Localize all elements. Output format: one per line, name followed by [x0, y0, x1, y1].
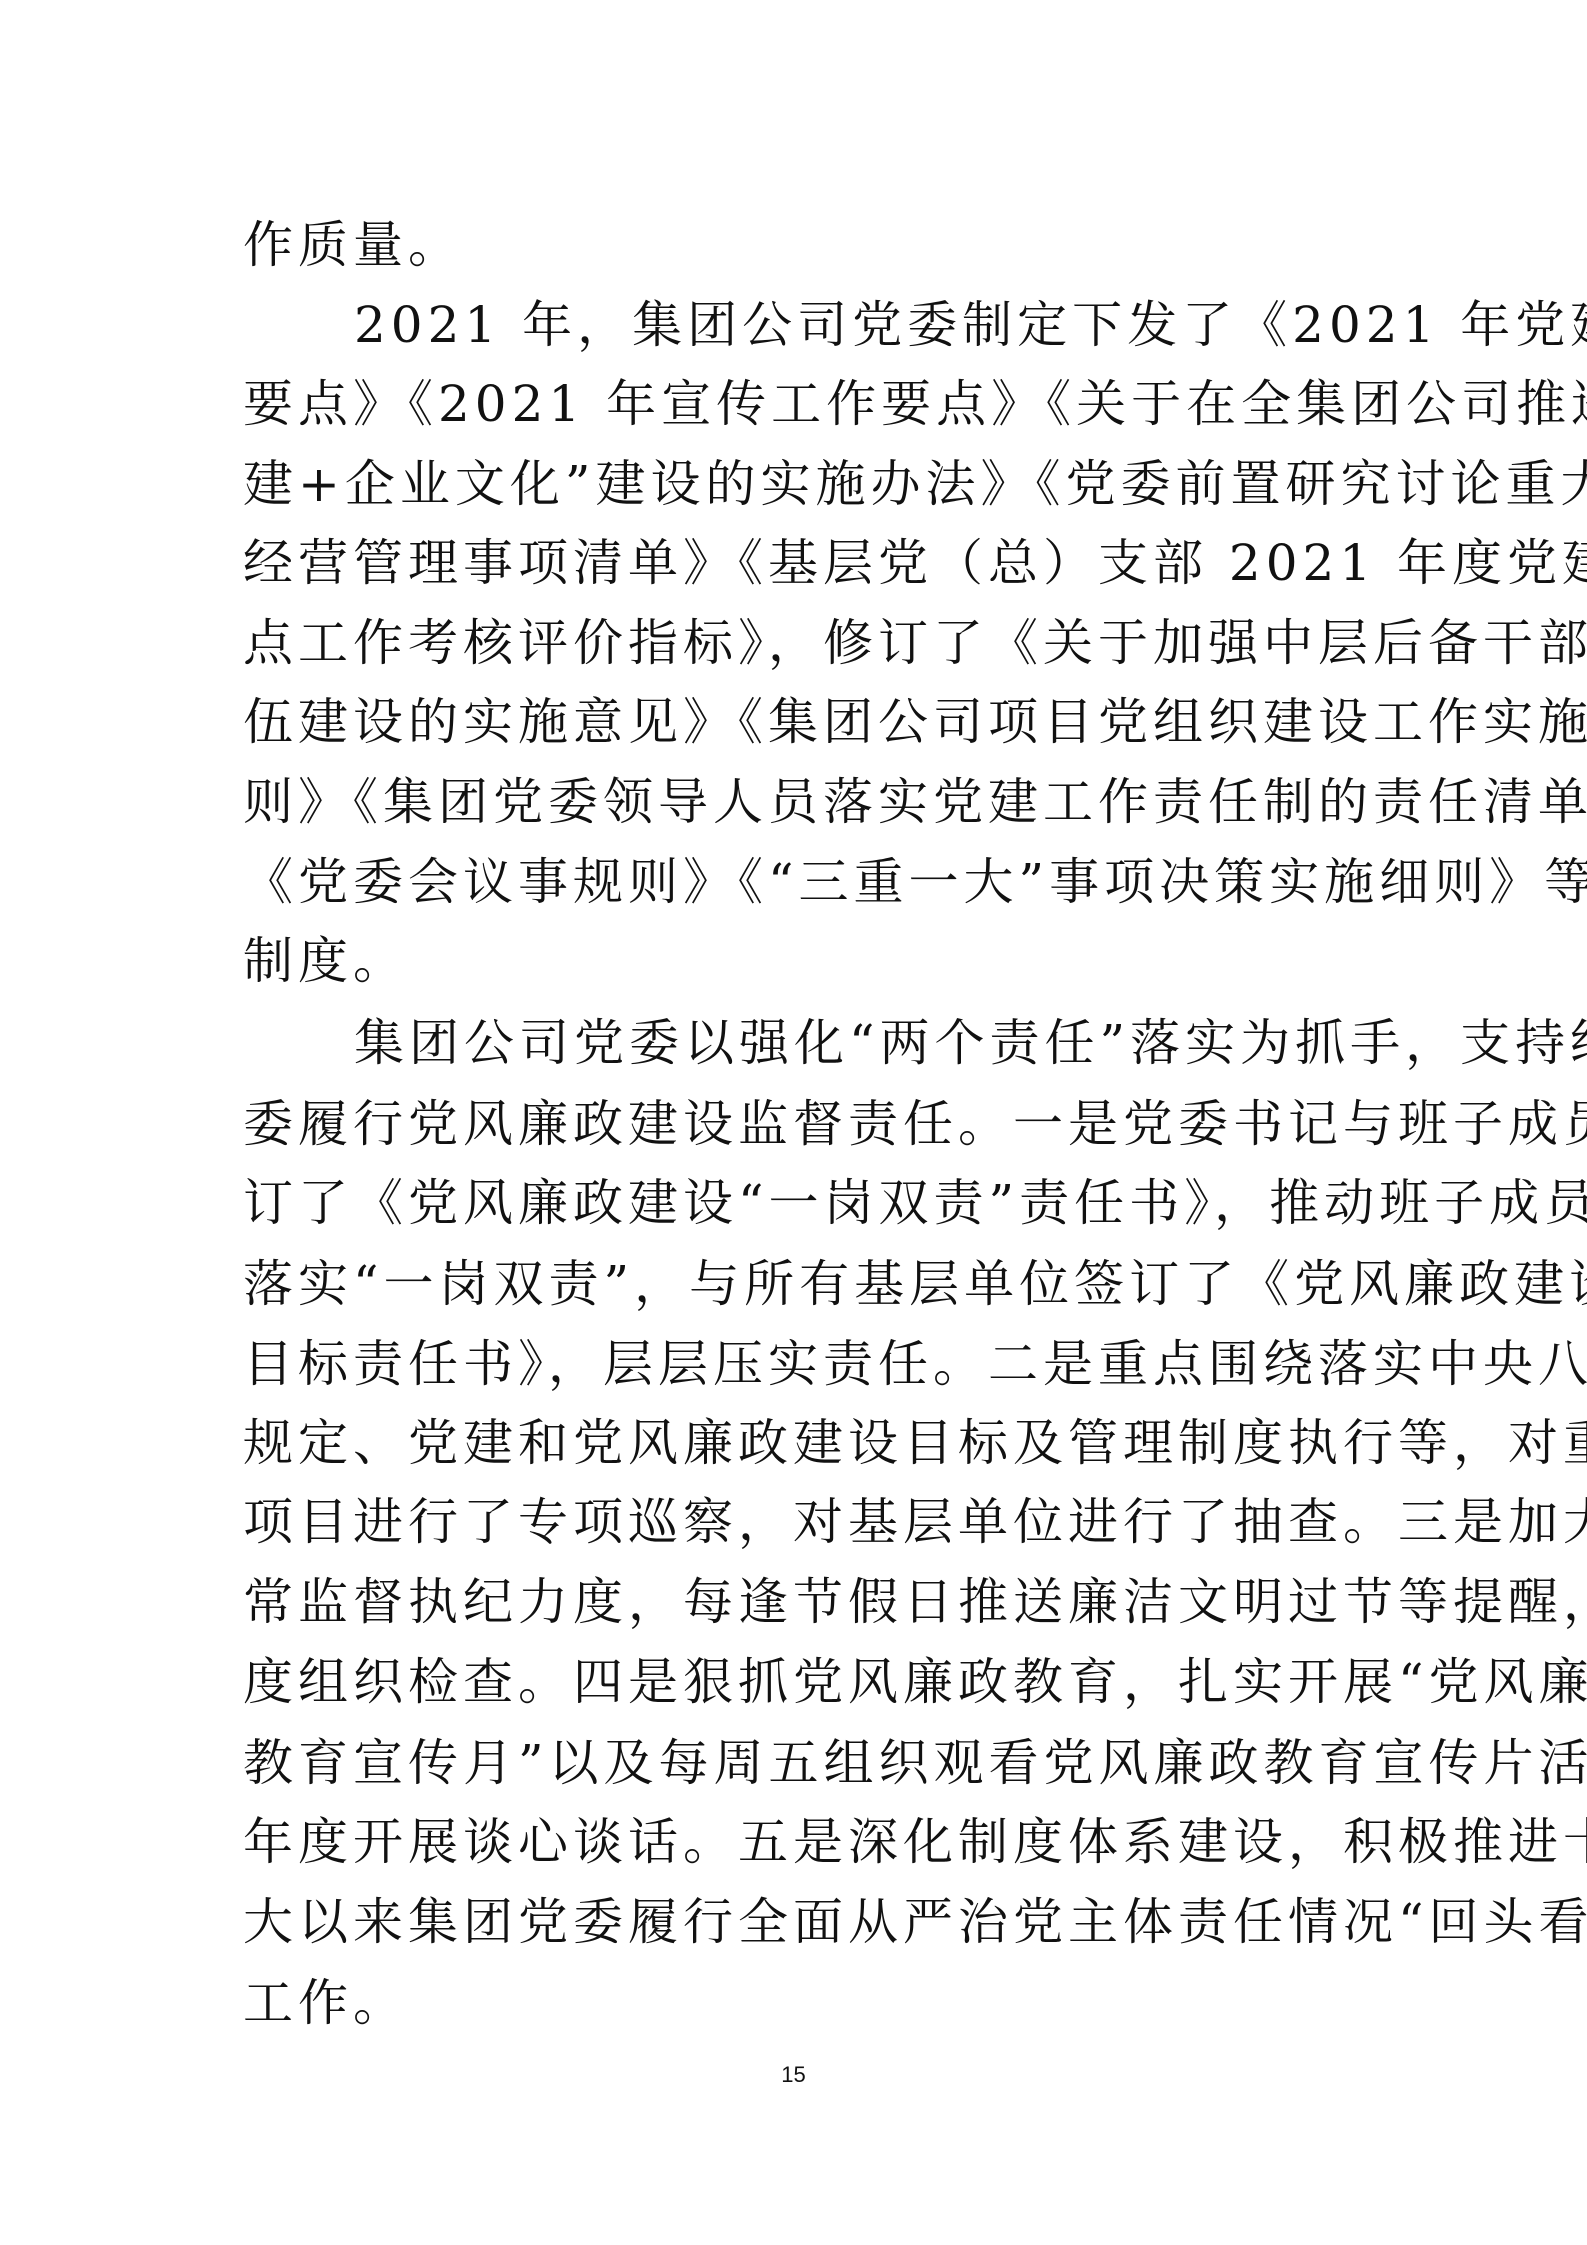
text-line: 伍建设的实施意见》《集团公司项目党组织建设工作实施细	[243, 682, 1357, 762]
text-line: 年度开展谈心谈话。五是深化制度体系建设，积极推进十八	[243, 1802, 1357, 1882]
text-line: 《党委会议事规则》《“三重一大”事项决策实施细则》等	[243, 842, 1357, 922]
text-line: 要点》《2021 年宣传工作要点》《关于在全集团公司推进“党	[243, 364, 1357, 444]
text-line: 则》《集团党委领导人员落实党建工作责任制的责任清单》	[243, 762, 1357, 842]
paragraph-start-line: 集团公司党委以强化“两个责任”落实为抓手，支持纪	[243, 1003, 1357, 1083]
text-line: 委履行党风廉政建设监督责任。一是党委书记与班子成员签	[243, 1084, 1357, 1164]
text-line: 度组织检查。四是狠抓党风廉政教育，扎实开展“党风廉政	[243, 1642, 1357, 1722]
text-line: 订了《党风廉政建设“一岗双责”责任书》，推动班子成员	[243, 1163, 1357, 1243]
paragraph-start-line: 2021 年，集团公司党委制定下发了《2021 年党建工作	[243, 285, 1357, 365]
page-number: 15	[0, 2062, 1587, 2088]
text-line: 经营管理事项清单》《基层党（总）支部 2021 年度党建重	[243, 523, 1357, 603]
text-line: 点工作考核评价指标》，修订了《关于加强中层后备干部队	[243, 603, 1357, 683]
text-line: 目标责任书》，层层压实责任。二是重点围绕落实中央八项	[243, 1324, 1357, 1404]
text-line: 规定、党建和党风廉政建设目标及管理制度执行等，对重点	[243, 1403, 1357, 1483]
text-line: 建+企业文化”建设的实施办法》《党委前置研究讨论重大	[243, 444, 1357, 524]
text-line: 项目进行了专项巡察，对基层单位进行了抽查。三是加大日	[243, 1482, 1357, 1562]
text-line: 作质量。	[243, 205, 1357, 285]
text-line: 大以来集团党委履行全面从严治党主体责任情况“回头看”	[243, 1882, 1357, 1962]
document-page: 作质量。 2021 年，集团公司党委制定下发了《2021 年党建工作 要点》《2…	[0, 0, 1587, 2245]
text-line: 教育宣传月”以及每周五组织观看党风廉政教育宣传片活动，	[243, 1723, 1357, 1803]
text-line: 常监督执纪力度，每逢节假日推送廉洁文明过节等提醒，年	[243, 1562, 1357, 1642]
text-line: 制度。	[243, 921, 1357, 1001]
text-line: 工作。	[243, 1963, 1357, 2043]
text-line: 落实“一岗双责”，与所有基层单位签订了《党风廉政建设	[243, 1244, 1357, 1324]
